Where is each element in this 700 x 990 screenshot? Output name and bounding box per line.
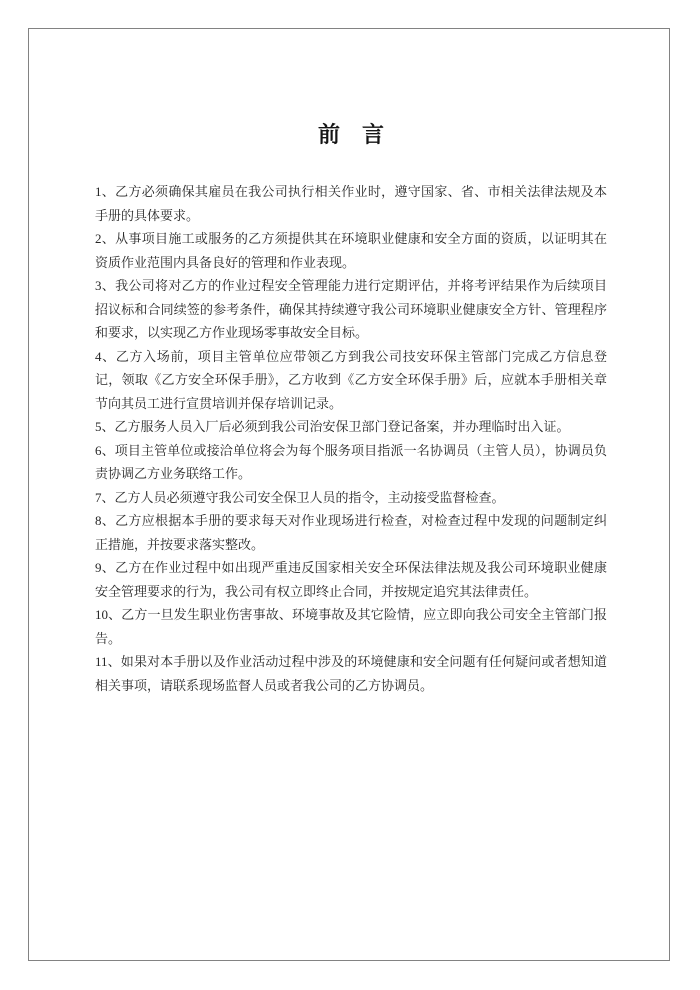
document-title: 前 言 (95, 119, 607, 151)
document-page: 前 言 1、乙方必须确保其雇员在我公司执行相关作业时，遵守国家、省、市相关法律法… (0, 0, 700, 990)
preface-paragraph-10: 10、乙方一旦发生职业伤害事故、环境事故及其它险情，应立即向我公司安全主管部门报… (95, 603, 607, 650)
preface-body: 1、乙方必须确保其雇员在我公司执行相关作业时，遵守国家、省、市相关法律法规及本手… (95, 180, 607, 697)
preface-paragraph-5: 5、乙方服务人员入厂后必须到我公司治安保卫部门登记备案，并办理临时出入证。 (95, 415, 607, 439)
preface-paragraph-7: 7、乙方人员必须遵守我公司安全保卫人员的指令，主动接受监督检查。 (95, 486, 607, 510)
page-content: 前 言 1、乙方必须确保其雇员在我公司执行相关作业时，遵守国家、省、市相关法律法… (95, 119, 607, 697)
preface-paragraph-4: 4、乙方入场前，项目主管单位应带领乙方到我公司技安环保主管部门完成乙方信息登记，… (95, 345, 607, 416)
preface-paragraph-3: 3、我公司将对乙方的作业过程安全管理能力进行定期评估，并将考评结果作为后续项目招… (95, 274, 607, 345)
preface-paragraph-9: 9、乙方在作业过程中如出现严重违反国家相关安全环保法律法规及我公司环境职业健康安… (95, 556, 607, 603)
preface-paragraph-1: 1、乙方必须确保其雇员在我公司执行相关作业时，遵守国家、省、市相关法律法规及本手… (95, 180, 607, 227)
preface-paragraph-2: 2、从事项目施工或服务的乙方须提供其在环境职业健康和安全方面的资质，以证明其在资… (95, 227, 607, 274)
preface-paragraph-8: 8、乙方应根据本手册的要求每天对作业现场进行检查，对检查过程中发现的问题制定纠正… (95, 509, 607, 556)
preface-paragraph-11: 11、如果对本手册以及作业活动过程中涉及的环境健康和安全问题有任何疑问或者想知道… (95, 650, 607, 697)
preface-paragraph-6: 6、项目主管单位或接洽单位将会为每个服务项目指派一名协调员（主管人员），协调员负… (95, 439, 607, 486)
